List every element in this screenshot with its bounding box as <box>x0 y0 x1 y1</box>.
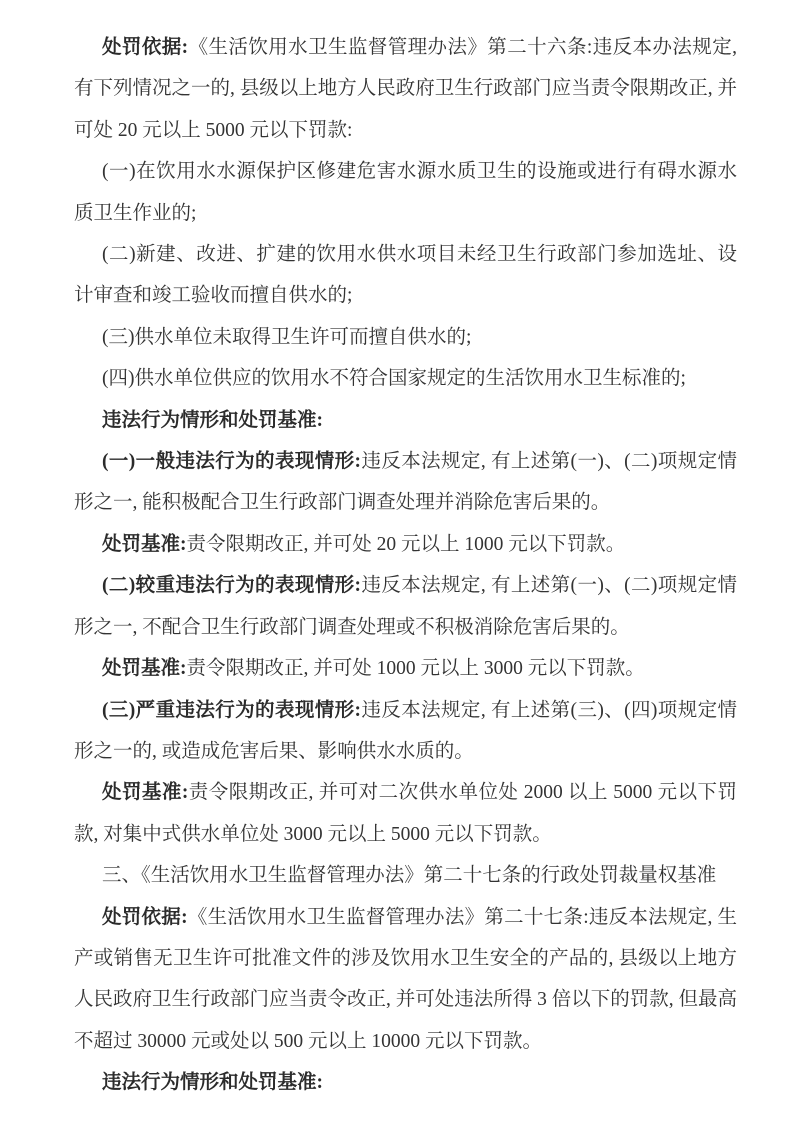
para-item-1: (一)在饮用水水源保护区修建危害水源水质卫生的设施或进行有碍水源水质卫生作业的; <box>74 151 737 234</box>
para-section-3-title: 三、《生活饮用水卫生监督管理办法》第二十七条的行政处罚裁量权基准 <box>74 855 737 896</box>
document-page: 处罚依据:《生活饮用水卫生监督管理办法》第二十六条:违反本办法规定, 有下列情况… <box>0 0 793 1122</box>
para-general-penalty: 处罚基准:责令限期改正, 并可处 20 元以上 1000 元以下罚款。 <box>74 524 737 565</box>
text-run-bold: 处罚依据: <box>102 37 188 58</box>
text-run: (三)供水单位未取得卫生许可而擅自供水的; <box>102 327 471 348</box>
text-run: 三、《生活饮用水卫生监督管理办法》第二十七条的行政处罚裁量权基准 <box>102 865 716 886</box>
document-body: 处罚依据:《生活饮用水卫生监督管理办法》第二十六条:违反本办法规定, 有下列情况… <box>74 27 737 1104</box>
text-run: 《生活饮用水卫生监督管理办法》第二十七条:违反本法规定, 生产或销售无卫生许可批… <box>74 907 737 1052</box>
text-run-bold: (二)较重违法行为的表现情形: <box>102 575 361 596</box>
para-penalty-basis-article-27: 处罚依据:《生活饮用水卫生监督管理办法》第二十七条:违反本法规定, 生产或销售无… <box>74 897 737 1063</box>
para-serious-violation: (二)较重违法行为的表现情形:违反本法规定, 有上述第(一)、(二)项规定情形之… <box>74 565 737 648</box>
text-run-bold: 处罚基准: <box>102 782 188 803</box>
text-run-bold: 处罚依据: <box>102 907 188 928</box>
text-run-bold: 违法行为情形和处罚基准: <box>102 410 323 431</box>
para-severe-violation: (三)严重违法行为的表现情形:违反本法规定, 有上述第(三)、(四)项规定情形之… <box>74 690 737 773</box>
para-severe-penalty: 处罚基准:责令限期改正, 并可对二次供水单位处 2000 以上 5000 元以下… <box>74 772 737 855</box>
text-run: (二)新建、改进、扩建的饮用水供水项目未经卫生行政部门参加选址、设计审查和竣工验… <box>74 244 737 306</box>
para-heading-standards-26: 违法行为情形和处罚基准: <box>74 400 737 441</box>
text-run-bold: (一)一般违法行为的表现情形: <box>102 451 361 472</box>
para-item-2: (二)新建、改进、扩建的饮用水供水项目未经卫生行政部门参加选址、设计审查和竣工验… <box>74 234 737 317</box>
para-item-3: (三)供水单位未取得卫生许可而擅自供水的; <box>74 317 737 358</box>
para-item-4: (四)供水单位供应的饮用水不符合国家规定的生活饮用水卫生标准的; <box>74 358 737 399</box>
text-run: 责令限期改正, 并可处 1000 元以上 3000 元以下罚款。 <box>187 658 645 679</box>
text-run-bold: 处罚基准: <box>102 534 187 555</box>
text-run-bold: (三)严重违法行为的表现情形: <box>102 700 361 721</box>
para-penalty-basis-article-26: 处罚依据:《生活饮用水卫生监督管理办法》第二十六条:违反本办法规定, 有下列情况… <box>74 27 737 151</box>
text-run-bold: 违法行为情形和处罚基准: <box>102 1072 323 1093</box>
para-heading-standards-27: 违法行为情形和处罚基准: <box>74 1062 737 1103</box>
text-run: (一)在饮用水水源保护区修建危害水源水质卫生的设施或进行有碍水源水质卫生作业的; <box>74 161 737 223</box>
text-run: 责令限期改正, 并可处 20 元以上 1000 元以下罚款。 <box>187 534 626 555</box>
text-run-bold: 处罚基准: <box>102 658 187 679</box>
text-run: (四)供水单位供应的饮用水不符合国家规定的生活饮用水卫生标准的; <box>102 368 686 389</box>
para-general-violation: (一)一般违法行为的表现情形:违反本法规定, 有上述第(一)、(二)项规定情形之… <box>74 441 737 524</box>
para-serious-penalty: 处罚基准:责令限期改正, 并可处 1000 元以上 3000 元以下罚款。 <box>74 648 737 689</box>
